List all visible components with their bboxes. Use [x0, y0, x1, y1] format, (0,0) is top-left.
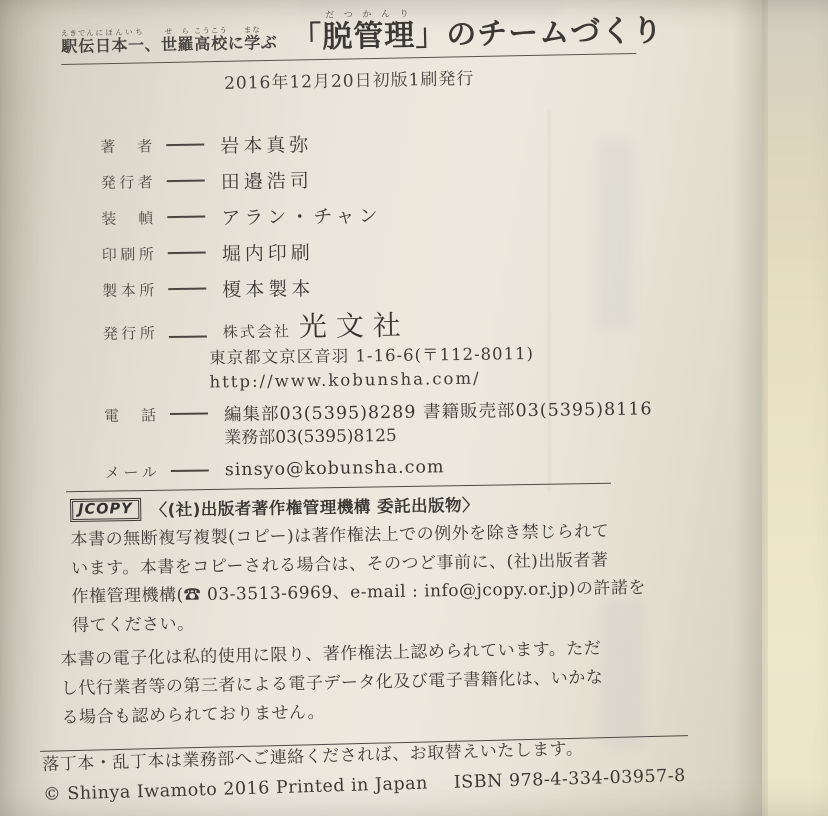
dash-rule: [167, 180, 205, 182]
isbn-number: ISBN 978-4-334-03957-8: [453, 762, 686, 797]
company-prefix: 株式会社: [223, 320, 291, 342]
dash-rule: [168, 288, 206, 290]
row-label: 発行者: [101, 171, 153, 193]
row-value: 岩本真弥: [220, 130, 312, 158]
row-label: 装幀: [101, 207, 153, 229]
phone-icon: ☎: [184, 585, 202, 605]
publisher-url: http://www.kobunsha.com/: [209, 364, 663, 394]
book-colophon-page-photo: 駅伝えきでん日本一にほんいち、世羅せら高校こうこうに学まなぶ 「脱管理だつかんり…: [0, 0, 828, 816]
book-title: 「脱管理だつかんり」のチームづくり: [291, 4, 664, 56]
dash-rule: [171, 470, 209, 472]
row-value: 田邉浩司: [221, 166, 313, 194]
row-label: メール: [105, 461, 157, 483]
row-label: 印刷所: [102, 243, 154, 265]
row-value: アラン・チャン: [221, 201, 382, 230]
next-page-edge: [762, 0, 828, 816]
dash-rule: [170, 413, 208, 415]
email-address: sinsyo@kobunsha.com: [225, 457, 445, 480]
company-name: 光文社: [299, 304, 411, 346]
dash-rule: [169, 336, 207, 338]
jcopy-heading: 〈(社)出版者著作権管理機構 委託出版物〉: [150, 492, 479, 521]
title-header: 駅伝えきでん日本一にほんいち、世羅せら高校こうこうに学まなぶ 「脱管理だつかんり…: [60, 5, 636, 97]
digitization-notice: 本書の電子化は私的使用に限り、著作権法上認められています。ただ し代行業者等の第…: [60, 633, 662, 733]
row-label: 発行所: [103, 322, 155, 344]
dash-rule: [168, 252, 206, 254]
edition-date-line: 2016年12月20日初版1刷発行: [62, 61, 637, 97]
phone-numbers-line2: 業務部03(5395)8125: [224, 420, 664, 450]
row-value: 堀内印刷: [222, 238, 314, 266]
row-label: 製本所: [102, 279, 154, 301]
row-value: 榎本製本: [222, 274, 314, 302]
row-label: 電話: [104, 404, 156, 426]
dash-rule: [166, 144, 204, 146]
page-footer: 落丁本・乱丁本は業務部へご連絡くだされば、お取替えいたします。 © Shinya…: [42, 731, 763, 809]
jcopy-logo-badge: JCOPY: [70, 497, 141, 521]
jcopy-line3-pre: 作権管理機構(: [71, 585, 183, 607]
left-page-shadow: [0, 0, 56, 816]
page-fold-shadow: [734, 0, 768, 816]
jcopy-line3-post: 03-3513-6969、e-mail : info@jcopy.or.jp)の…: [201, 578, 646, 605]
jcopy-notice: JCOPY 〈(社)出版者著作権管理機構 委託出版物〉 本書の無断複写複製(コピ…: [70, 489, 652, 640]
book-subtitle: 駅伝えきでん日本一にほんいち、世羅せら高校こうこうに学まなぶ: [61, 25, 278, 57]
dash-rule: [167, 216, 205, 218]
colophon-list: 著者 岩本真弥 発行者 田邉浩司 装幀 アラン・チャン 印刷所 堀内印刷 製本所…: [100, 120, 665, 490]
row-label: 著者: [100, 135, 152, 157]
